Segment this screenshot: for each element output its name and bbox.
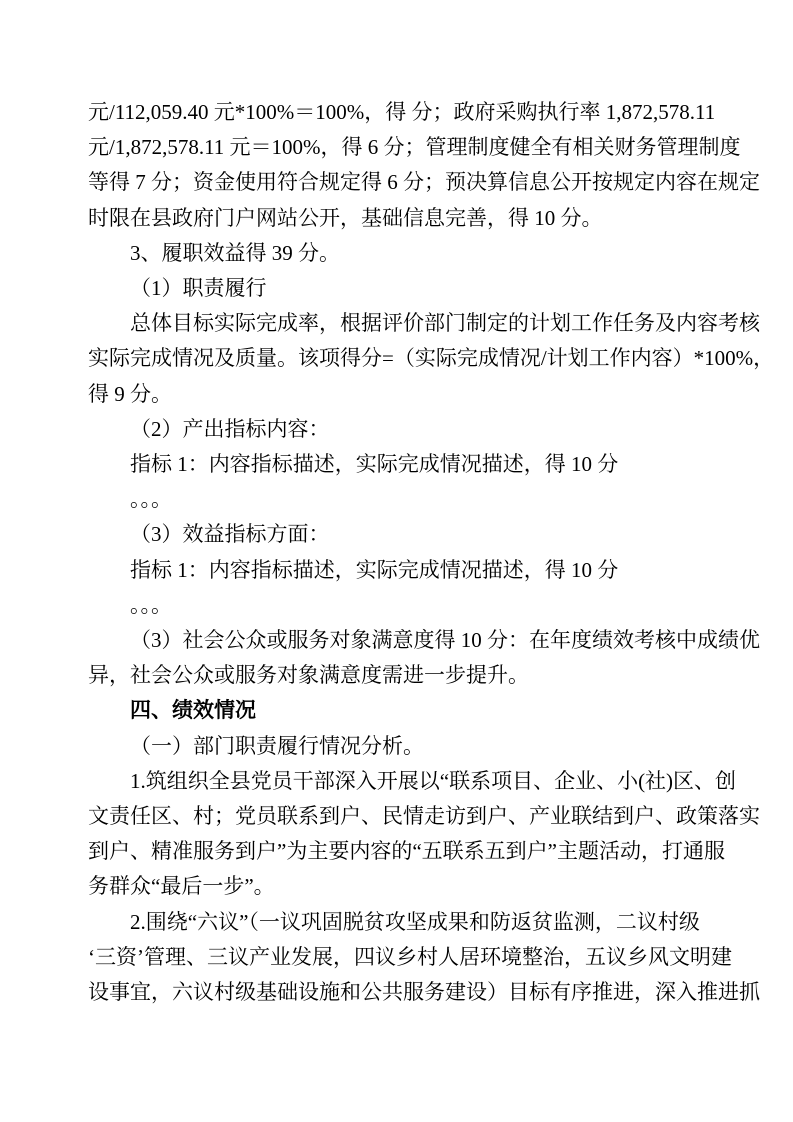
text-line: 到户、精准服务到户”为主要内容的“五联系五到户”主题活动，打通服 bbox=[88, 834, 710, 869]
document-body: 元/112,059.40 元*100%＝100%，得 分；政府采购执行率 1,8… bbox=[88, 95, 710, 1010]
text-line: （一）部门职责履行情况分析。 bbox=[88, 729, 710, 764]
text-line: 异，社会公众或服务对象满意度需进一步提升。 bbox=[88, 658, 710, 693]
text-line: 元/112,059.40 元*100%＝100%，得 分；政府采购执行率 1,8… bbox=[88, 95, 710, 130]
text-line: （2）产出指标内容： bbox=[88, 412, 710, 447]
text-line: 等得 7 分；资金使用符合规定得 6 分；预决算信息公开按规定内容在规定 bbox=[88, 165, 710, 200]
text-line: 。。。 bbox=[88, 588, 710, 623]
document-page: 元/112,059.40 元*100%＝100%，得 分；政府采购执行率 1,8… bbox=[0, 0, 793, 1122]
text-line: 3、履职效益得 39 分。 bbox=[88, 236, 710, 271]
text-line: 指标 1：内容指标描述，实际完成情况描述，得 10 分 bbox=[88, 447, 710, 482]
text-line: 总体目标实际完成率，根据评价部门制定的计划工作任务及内容考核 bbox=[88, 306, 710, 341]
text-line: （1）职责履行 bbox=[88, 271, 710, 306]
text-line: 2.围绕“六议”（一议巩固脱贫攻坚成果和防返贫监测，二议村级 bbox=[88, 905, 710, 940]
text-line: 得 9 分。 bbox=[88, 377, 710, 412]
text-line: 文责任区、村；党员联系到户、民情走访到户、产业联结到户、政策落实 bbox=[88, 799, 710, 834]
text-line: ‘三资’管理、三议产业发展，四议乡村人居环境整治，五议乡风文明建 bbox=[88, 940, 710, 975]
section-heading: 四、绩效情况 bbox=[88, 693, 710, 728]
text-line: 时限在县政府门户网站公开，基础信息完善，得 10 分。 bbox=[88, 201, 710, 236]
text-line: 务群众“最后一步”。 bbox=[88, 869, 710, 904]
text-line: 指标 1：内容指标描述，实际完成情况描述，得 10 分 bbox=[88, 553, 710, 588]
text-line: 设事宜，六议村级基础设施和公共服务建设）目标有序推进，深入推进抓 bbox=[88, 975, 710, 1010]
text-line: 实际完成情况及质量。该项得分=（实际完成情况/计划工作内容）*100%， bbox=[88, 341, 710, 376]
text-line: 元/1,872,578.11 元＝100%，得 6 分；管理制度健全有相关财务管… bbox=[88, 130, 710, 165]
text-line: 。。。 bbox=[88, 482, 710, 517]
text-line: 1.筑组织全县党员干部深入开展以“联系项目、企业、小(社)区、创 bbox=[88, 764, 710, 799]
text-line: （3）社会公众或服务对象满意度得 10 分：在年度绩效考核中成绩优 bbox=[88, 623, 710, 658]
text-line: （3）效益指标方面： bbox=[88, 517, 710, 552]
